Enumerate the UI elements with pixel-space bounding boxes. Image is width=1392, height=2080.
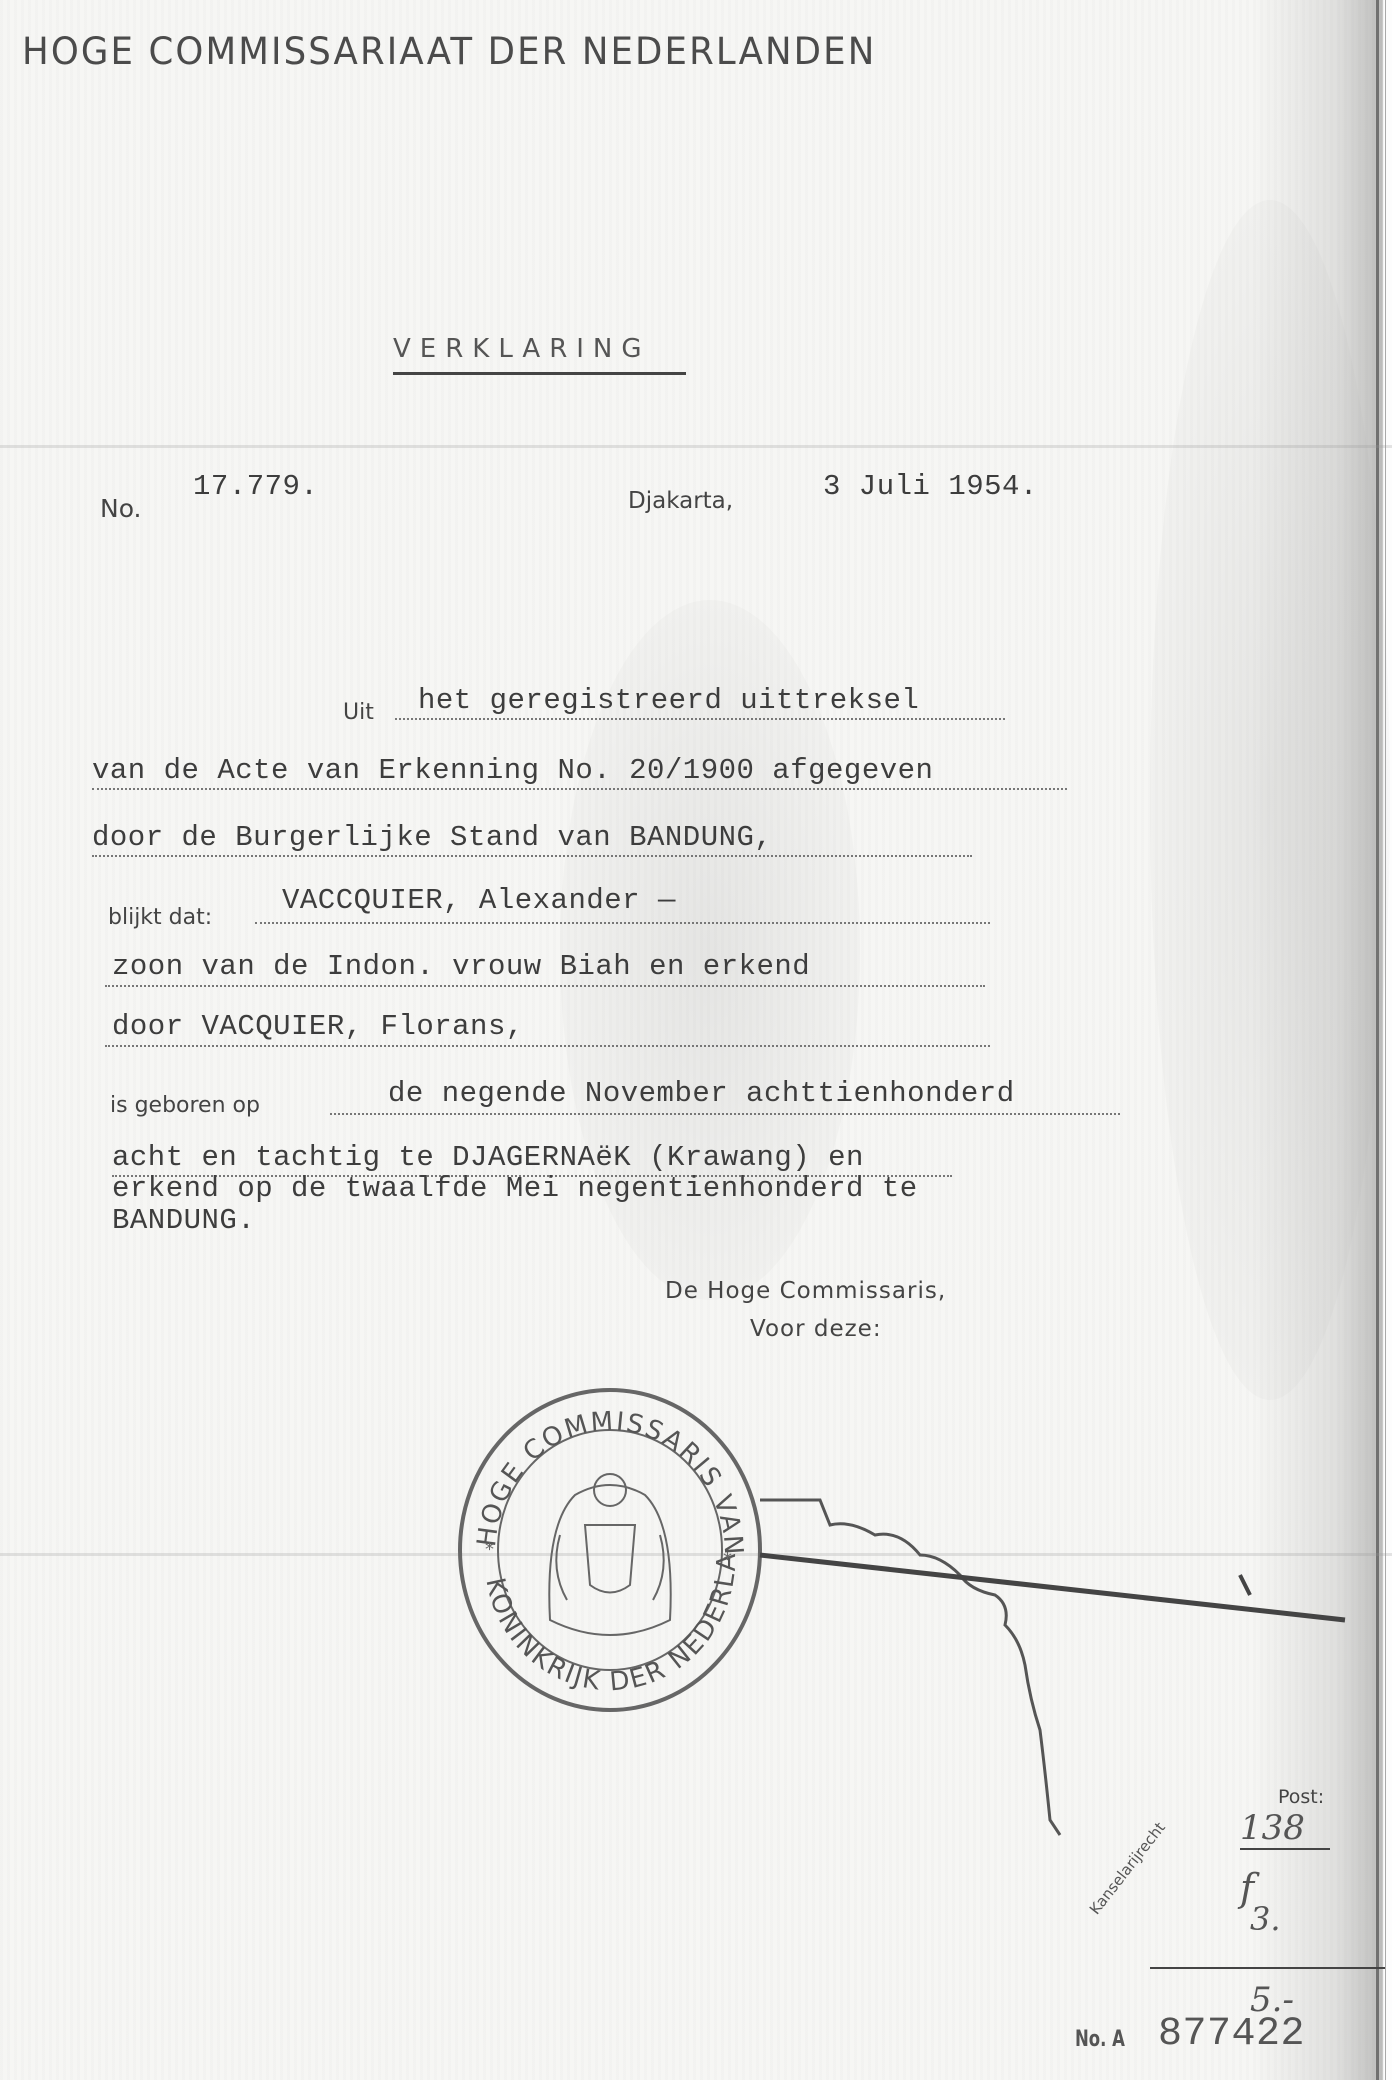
page-edge-line-secondary [1385, 0, 1386, 2080]
post-value: 138 [1240, 1808, 1305, 1848]
svg-text:*: * [485, 1539, 494, 1560]
seal-text-top: HOGE COMMISSARIS VAN HET [455, 1385, 748, 1558]
letterhead-title: HOGE COMMISSARIAAT DER NEDERLANDEN [22, 30, 876, 73]
document-heading: VERKLARING [393, 334, 651, 364]
body-line-3: door de Burgerlijke Stand van BANDUNG, [92, 821, 772, 854]
dotted-line [395, 718, 1005, 720]
heading-underline [393, 372, 686, 375]
svg-text:HOGE COMMISSARIS VAN HET: HOGE COMMISSARIS VAN HET [455, 1385, 748, 1558]
document-page: HOGE COMMISSARIAAT DER NEDERLANDEN VERKL… [0, 0, 1392, 2080]
geboren-line-2: erkend op de twaalfde Mei negentienhonde… [112, 1172, 918, 1205]
post-label: Post: [1278, 1786, 1324, 1808]
place-label: Djakarta, [628, 488, 733, 514]
blijkt-value: VACCQUIER, Alexander — [282, 884, 676, 917]
dotted-line [255, 922, 990, 924]
post-rule [1240, 1848, 1330, 1850]
fee-rule [1150, 1967, 1385, 1969]
dotted-line [105, 1045, 990, 1047]
blijkt-label: blijkt dat: [108, 905, 212, 930]
geboren-value: de negende November achttienhonderd [388, 1077, 1015, 1110]
geboren-line-1: acht en tachtig te DJAGERNAëK (Krawang) … [112, 1141, 864, 1174]
fee-amount-top: 3. [1250, 1900, 1281, 1938]
dotted-line [92, 788, 1067, 790]
geboren-label: is geboren op [110, 1093, 260, 1118]
body-line-1: het geregistreerd uittreksel [418, 684, 919, 717]
geboren-line-3: BANDUNG. [112, 1204, 255, 1237]
signature-title: De Hoge Commissaris, [665, 1278, 946, 1304]
official-seal: HOGE COMMISSARIS VAN HET KONINKRIJK DER … [455, 1385, 765, 1715]
coat-of-arms-icon [549, 1474, 670, 1635]
fee-stamp: Post: 138 f 3. Kanselarijrecht 5.- No. A… [1100, 1780, 1360, 2080]
zoon-line: zoon van de Indon. vrouw Biah en erkend [112, 950, 810, 983]
serial-label: No. A [1075, 2027, 1125, 2052]
seal-graphic: HOGE COMMISSARIS VAN HET KONINKRIJK DER … [455, 1385, 765, 1715]
door-line: door VACQUIER, Florans, [112, 1010, 524, 1043]
smudge [1150, 200, 1390, 1400]
serial-number: 877422 [1158, 2012, 1305, 2057]
body-line-2: van de Acte van Erkenning No. 20/1900 af… [92, 754, 933, 787]
dotted-line [330, 1113, 1120, 1115]
document-date: 3 Juli 1954. [823, 470, 1038, 503]
svg-text:*: * [723, 1549, 732, 1570]
uit-label: Uit [343, 700, 374, 725]
dotted-line [92, 855, 972, 857]
dotted-line [105, 985, 985, 987]
signature-voor-deze: Voor deze: [750, 1316, 882, 1342]
document-number: 17.779. [193, 470, 318, 503]
number-label: No. [100, 494, 142, 523]
